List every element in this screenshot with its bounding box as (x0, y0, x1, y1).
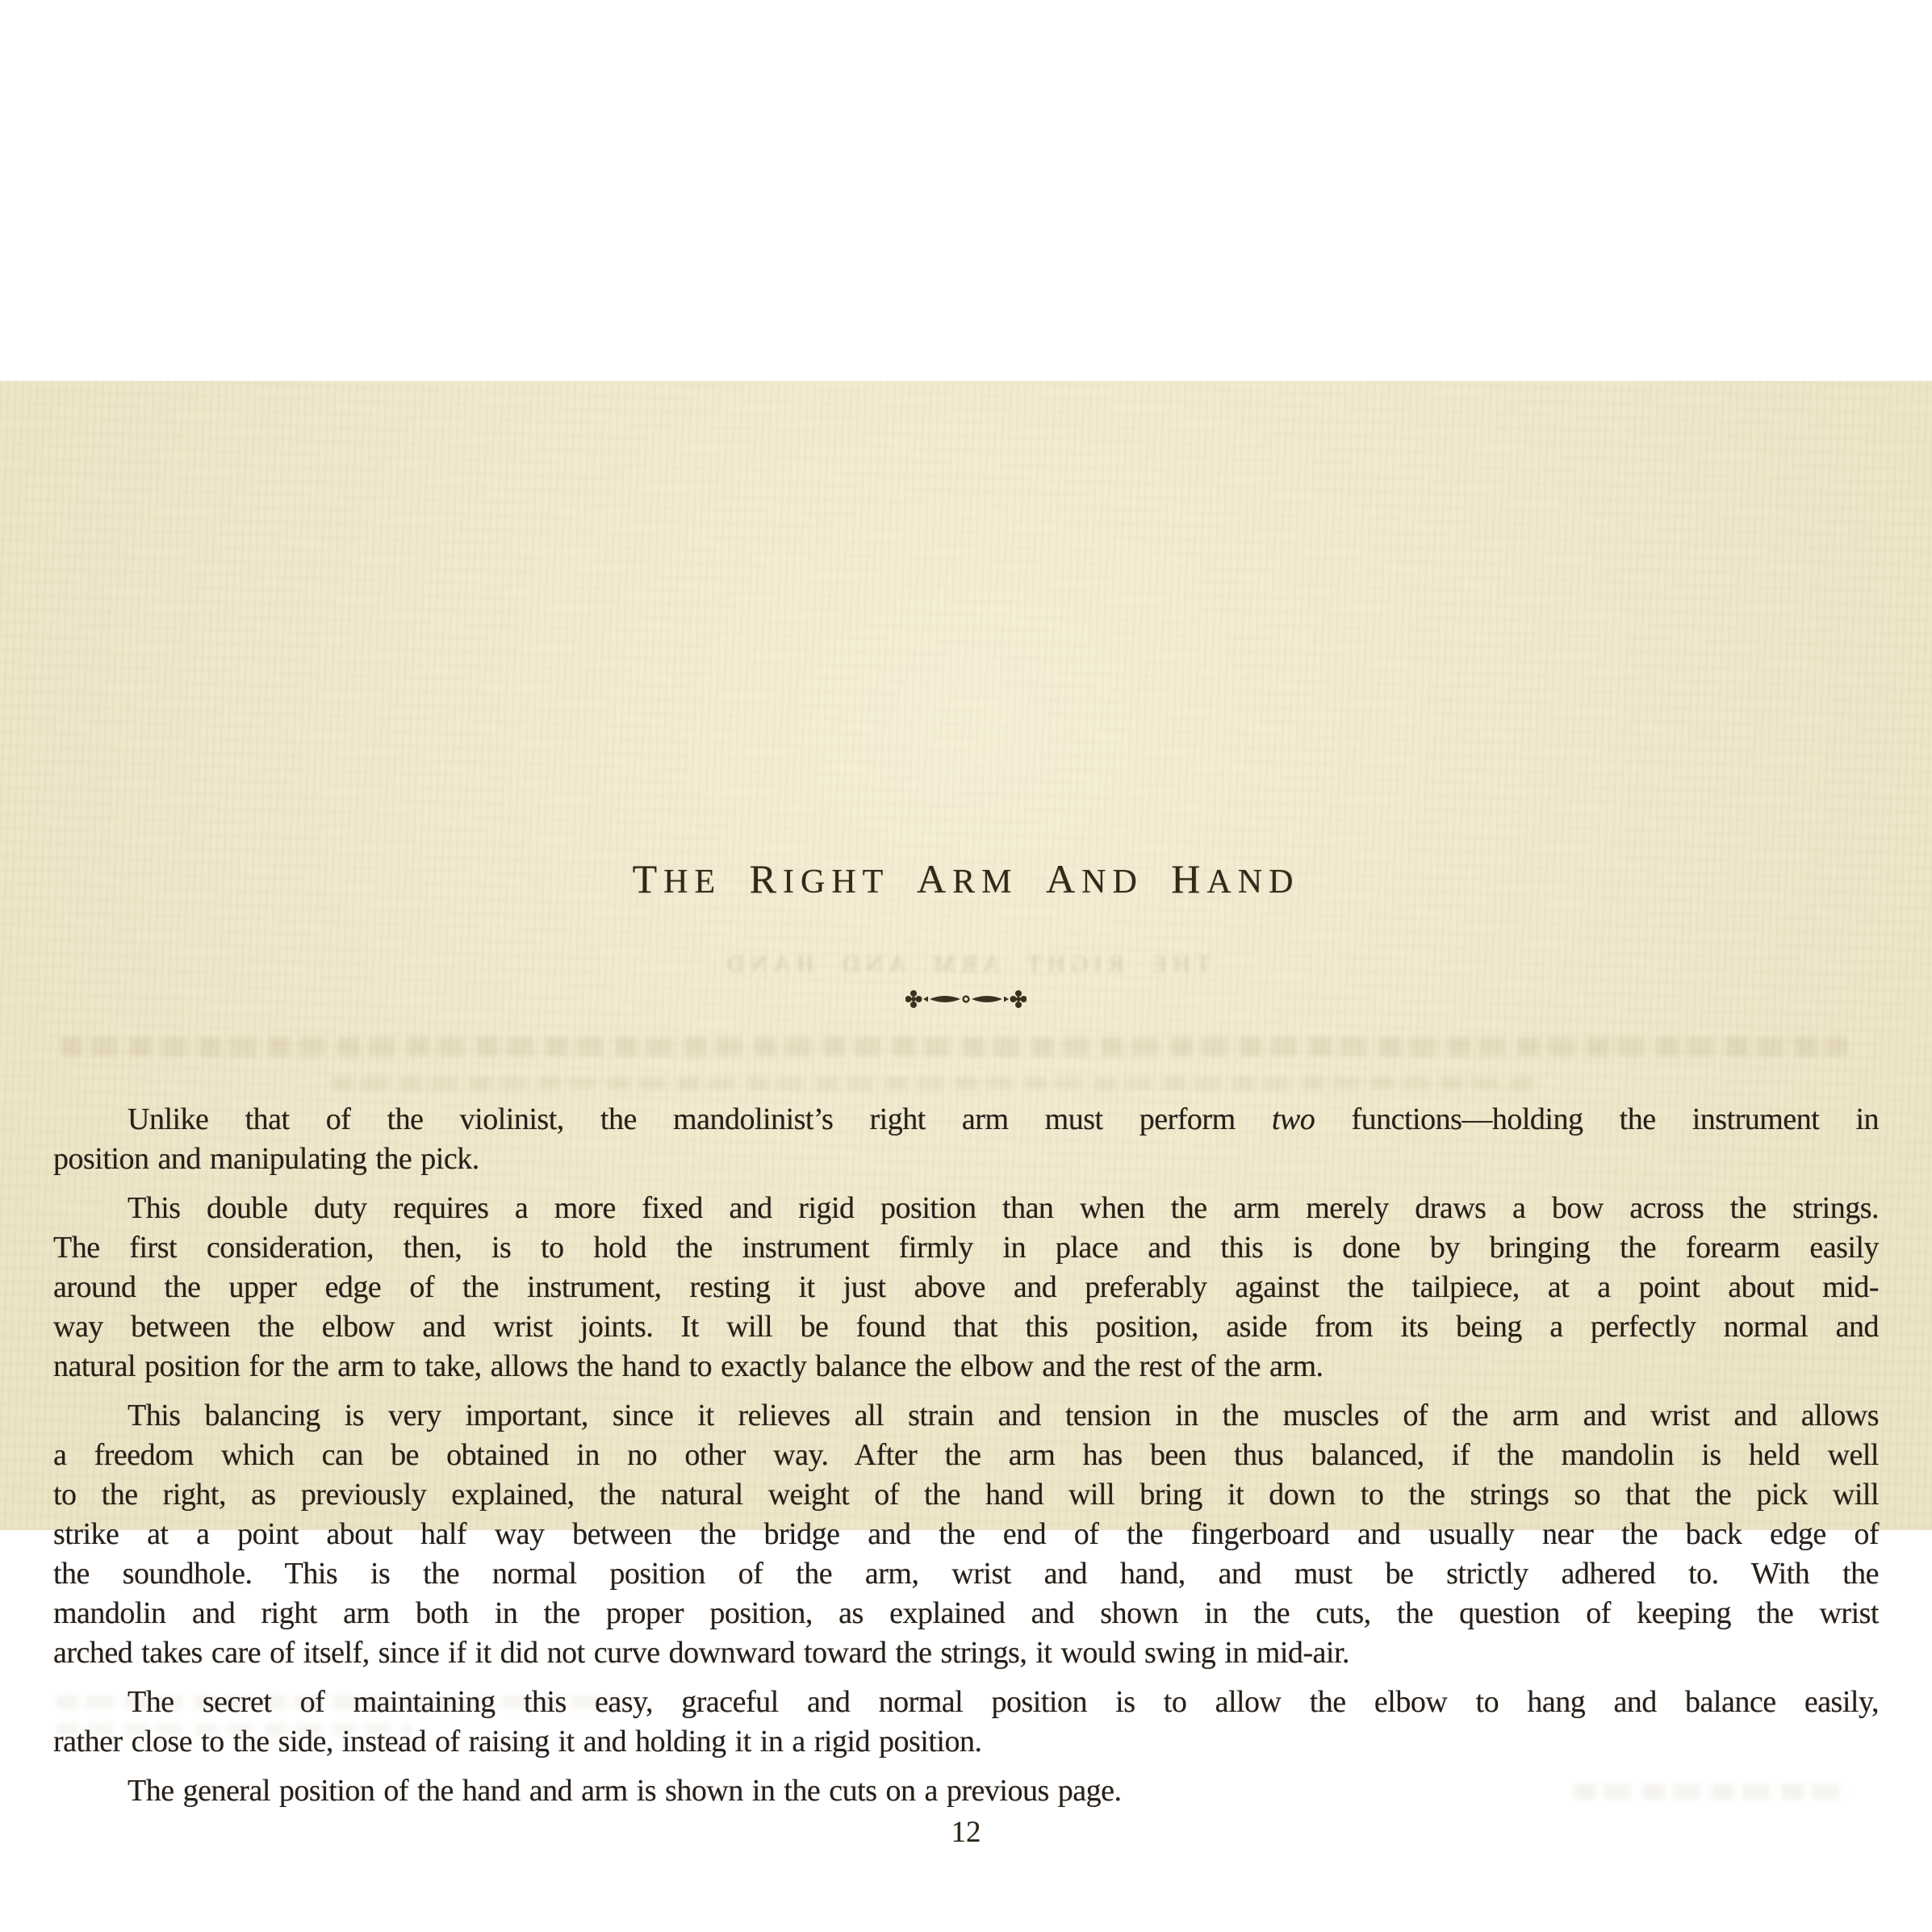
paragraph: The secret of maintaining this easy, gra… (53, 1683, 1879, 1762)
bleed-through-line (331, 1077, 1541, 1090)
text-line: The secret of maintaining this easy, gra… (53, 1683, 1879, 1722)
text-line: The first consideration, then, is to hol… (53, 1228, 1879, 1268)
text-line: rather close to the side, instead of rai… (53, 1722, 1879, 1762)
text-line: strike at a point about half way between… (53, 1515, 1879, 1554)
text-line: arched takes care of itself, since if it… (53, 1633, 1879, 1673)
text-line: around the upper edge of the instrument,… (53, 1268, 1879, 1307)
paragraph: Unlike that of the violinist, the mandol… (53, 1100, 1879, 1179)
text-segment: Unlike that of the violinist, the mandol… (128, 1102, 1236, 1136)
text-line: mandolin and right arm both in the prope… (53, 1594, 1879, 1633)
body-text: Unlike that of the violinist, the mandol… (53, 1100, 1879, 1811)
paragraph: The general position of the hand and arm… (53, 1771, 1879, 1811)
text-line: a freedom which can be obtained in no ot… (53, 1436, 1879, 1475)
text-line: to the right, as previously explained, t… (53, 1475, 1879, 1515)
book-page-paper: THE RIGHT ARM AND HAND THE RIGHT ARM AND… (0, 381, 1932, 1530)
italic-text-segment: two (1272, 1102, 1315, 1136)
floral-divider-icon (0, 989, 1932, 1010)
text-line: position and manipulating the pick. (53, 1140, 1879, 1179)
paragraph: This double duty requires a more fixed a… (53, 1189, 1879, 1386)
text-line: way between the elbow and wrist joints. … (53, 1307, 1879, 1347)
text-line: Unlike that of the violinist, the mandol… (53, 1100, 1879, 1140)
text-segment: functions—holding the instrument in (1351, 1102, 1879, 1136)
text-line: natural position for the arm to take, al… (53, 1347, 1879, 1386)
page-number: 12 (0, 1815, 1932, 1850)
chapter-title: THE RIGHT ARM AND HAND (0, 855, 1932, 902)
bleed-through-title: THE RIGHT ARM AND HAND (0, 951, 1932, 978)
bleed-through-line (61, 1037, 1848, 1056)
text-line: The general position of the hand and arm… (53, 1771, 1879, 1811)
paragraph: This balancing is very important, since … (53, 1396, 1879, 1673)
text-line: the soundhole. This is the normal positi… (53, 1554, 1879, 1594)
scanned-book-page: THE RIGHT ARM AND HAND THE RIGHT ARM AND… (0, 0, 1932, 1932)
text-line: This balancing is very important, since … (53, 1396, 1879, 1436)
text-line: This double duty requires a more fixed a… (53, 1189, 1879, 1228)
